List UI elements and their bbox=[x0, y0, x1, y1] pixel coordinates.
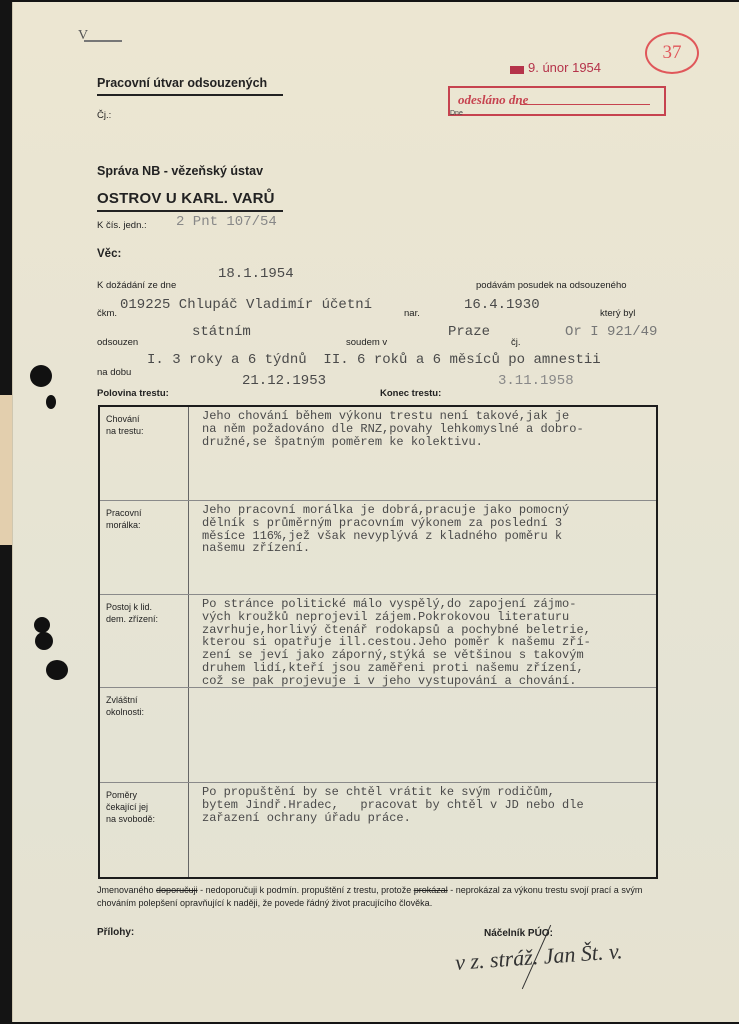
court-type: státním bbox=[192, 324, 251, 340]
struck-proved: prokázal bbox=[414, 885, 448, 895]
administration-heading: Správa NB - vězeňský ústav bbox=[97, 164, 263, 178]
stamp-flag-icon bbox=[510, 66, 524, 74]
punch-hole bbox=[46, 660, 68, 680]
unit-heading-rule bbox=[97, 94, 283, 96]
punch-hole bbox=[46, 395, 56, 409]
row-label: Postoj k lid. dem. zřízení: bbox=[106, 601, 186, 625]
chief-label: Náčelník PÚO: bbox=[484, 928, 553, 939]
corner-mark-line bbox=[84, 40, 122, 42]
table-row-behavior: Chování na trestu: Jeho chování během vý… bbox=[100, 407, 656, 501]
struck-recommend: doporučuji bbox=[156, 885, 198, 895]
row-text: Po stránce politické málo vyspělý,do zap… bbox=[202, 598, 652, 688]
court-place: Praze bbox=[448, 324, 490, 340]
sent-stamp-sublabel: Dne bbox=[450, 110, 463, 117]
ckm-value: 019225 Chlupáč Vladimír účetní bbox=[120, 297, 372, 313]
recommendation-text: Jmenovaného doporučuji - nedoporučuji k … bbox=[97, 884, 657, 910]
table-row-work-morale: Pracovní morálka: Jeho pracovní morálka … bbox=[100, 501, 656, 595]
end-term-value: 3.11.1958 bbox=[498, 373, 574, 389]
sent-stamp-label: odesláno dne bbox=[458, 92, 528, 108]
born-value: 16.4.1930 bbox=[464, 297, 540, 313]
half-term-label: Polovina trestu: bbox=[97, 388, 169, 399]
term-label: na dobu bbox=[97, 367, 131, 378]
case-label: čj. bbox=[511, 337, 521, 348]
table-row-conditions-after-release: Poměry čekající jej na svobodě: Po propu… bbox=[100, 783, 656, 875]
request-date: 18.1.1954 bbox=[218, 266, 294, 282]
table-row-political-attitude: Postoj k lid. dem. zřízení: Po stránce p… bbox=[100, 595, 656, 688]
reference-value: 2 Pnt 107/54 bbox=[176, 214, 277, 230]
row-label: Zvláštní okolnosti: bbox=[106, 694, 186, 718]
reference-label: K čís. jedn.: bbox=[97, 220, 147, 231]
row-label: Pracovní morálka: bbox=[106, 507, 186, 531]
table-row-special-circumstances: Zvláštní okolnosti: bbox=[100, 688, 656, 783]
intro-text: podávám posudek na odsouzeného bbox=[476, 280, 627, 291]
subject-label: Věc: bbox=[97, 248, 121, 260]
punch-hole bbox=[30, 365, 52, 387]
attachments-label: Přílohy: bbox=[97, 927, 134, 938]
half-term-value: 21.12.1953 bbox=[242, 373, 326, 389]
end-term-label: Konec trestu: bbox=[380, 388, 441, 399]
institution-heading-rule bbox=[97, 210, 283, 212]
cj-label: Čj.: bbox=[97, 110, 111, 121]
row-text: Jeho pracovní morálka je dobrá,pracuje j… bbox=[202, 504, 652, 555]
term-value: I. 3 roky a 6 týdnů II. 6 roků a 6 měsíc… bbox=[147, 352, 601, 368]
folio-number-circle: 37 bbox=[645, 32, 699, 74]
unit-heading: Pracovní útvar odsouzených bbox=[97, 76, 267, 90]
request-label: K dožádání ze dne bbox=[97, 280, 176, 291]
court-label: soudem v bbox=[346, 337, 387, 348]
assessment-table: Chování na trestu: Jeho chování během vý… bbox=[98, 405, 658, 879]
case-value: Or I 921/49 bbox=[565, 324, 657, 340]
recommendation-part-1: Jmenovaného bbox=[97, 885, 156, 895]
punch-hole bbox=[35, 632, 53, 650]
row-label: Chování na trestu: bbox=[106, 413, 186, 437]
recommendation-part-2: - nedoporučuji k podmín. propuštění z tr… bbox=[198, 885, 414, 895]
row-text: Jeho chování během výkonu trestu není ta… bbox=[202, 410, 652, 448]
row-label: Poměry čekající jej na svobodě: bbox=[106, 789, 186, 825]
received-stamp-date: 9. únor 1954 bbox=[528, 60, 601, 75]
punch-hole bbox=[34, 617, 50, 633]
who-was-label: který byl bbox=[600, 308, 635, 319]
ckm-label: čkm. bbox=[97, 308, 117, 319]
row-text: Po propuštění by se chtěl vrátit ke svým… bbox=[202, 786, 652, 824]
born-label: nar. bbox=[404, 308, 420, 319]
sent-stamp-line bbox=[520, 104, 650, 105]
institution-heading: OSTROV U KARL. VARŮ bbox=[97, 190, 275, 207]
sentenced-label: odsouzen bbox=[97, 337, 138, 348]
